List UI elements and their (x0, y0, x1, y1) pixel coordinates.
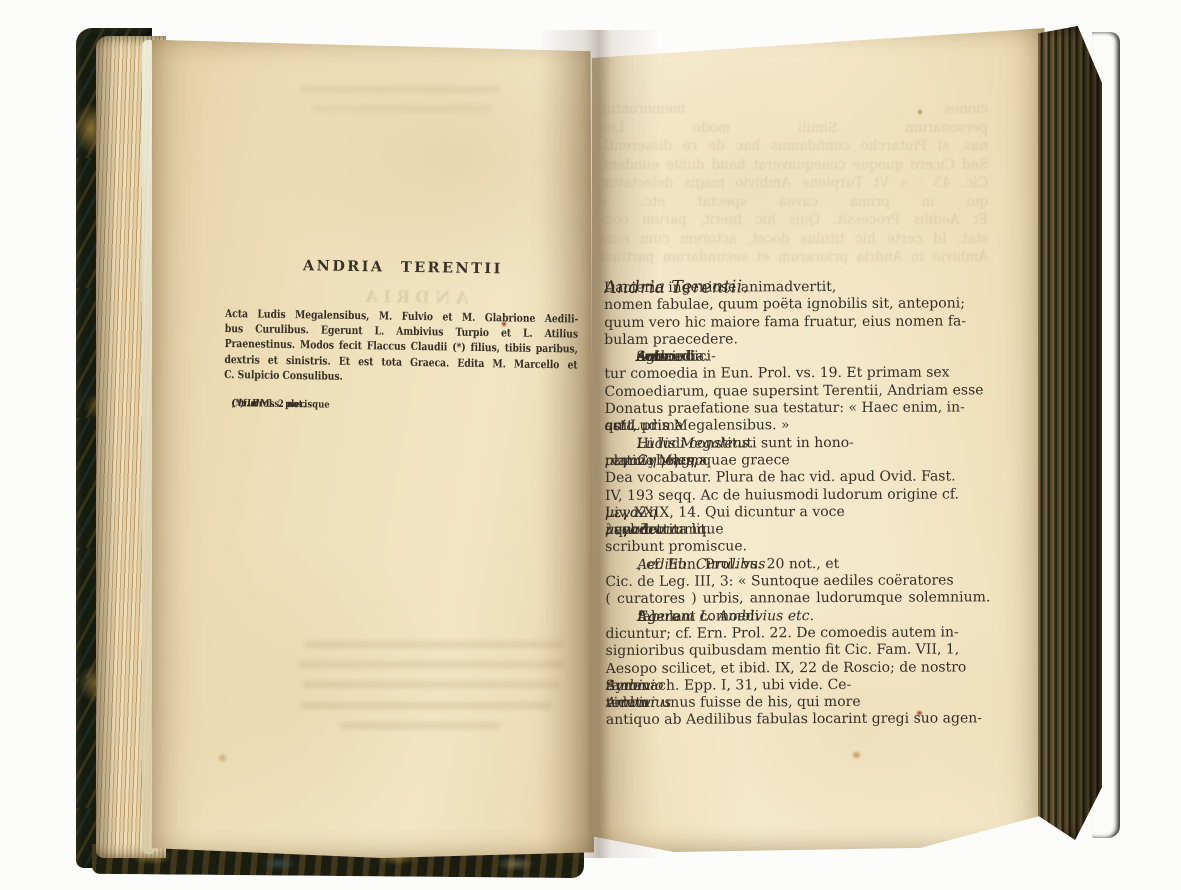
bleedthrough-line: nas, si Plutarcho confidamus hac de re d… (600, 137, 988, 156)
book-cover-board-right (1092, 32, 1120, 838)
text-line: Acta. Subaudi Andria comoedia. Agi autem… (604, 348, 989, 367)
text-segment: , cf. Eun. Prol. vs. 20 not., et (621, 556, 839, 574)
text-segment: , latine Magna (605, 453, 708, 471)
text-line: antiquo ab Aedilibus fabulas locarint gr… (606, 711, 991, 730)
ghost-text-smudge (340, 722, 500, 729)
text-line: Aedilib. Curulibus, cf. Eun. Prol. vs. 2… (605, 555, 990, 574)
text-line: tamen Ambivio Symmach. Epp. I, 31, ubi v… (606, 676, 991, 695)
text-segment: bulam praecedere. (604, 331, 738, 349)
bleedthrough-line: stat. Id certe hic titulus docet, actore… (600, 230, 988, 249)
text-segment: Hi ludi constituti sunt in hono- (621, 435, 854, 453)
text-line: Aesopo scilicet, et ibid. IX, 22 de Rosc… (606, 659, 991, 678)
text-line: Comoediarum, quae supersint Terentii, An… (604, 382, 989, 401)
text-segment: scribunt promiscue. (605, 539, 747, 557)
text-line: tur comoedia in Eun. Prol. vs. 19. Et pr… (604, 365, 989, 384)
text-line: Ludis Megalens. Hi ludi constituti sunt … (605, 434, 990, 453)
text-segment: ( curatores ) urbis, annonae ludorumque … (605, 590, 990, 609)
ghost-text-smudge (302, 681, 560, 688)
text-segment: Dea vocabatur. Plura de hac vid. apud Ov… (605, 469, 956, 488)
text-segment: signioribus quibusdam mentio fit Cic. Fa… (606, 642, 960, 661)
bleedthrough-line: Et Aedilis Processit. Quis hic fuerit, p… (600, 211, 988, 230)
footnote-text: ; cf. Prol. 2 not. (232, 398, 306, 410)
book-photo: ANDRIA TERENTII ANDRIA Acta Ludis Megale… (0, 0, 1181, 890)
text-line: Liv. XXIX, 14. Qui dicuntur a voce μεγαλ… (605, 503, 990, 522)
text-line: signioribus quibusdam mentio fit Cic. Fa… (606, 642, 991, 661)
text-line: ( curatores ) urbis, annonae ludorumque … (605, 590, 990, 609)
text-line: λενσια, vel detrita lit. ν, μεγαλεσια, q… (605, 520, 990, 539)
text-line: scribunt promiscue. (605, 538, 990, 557)
text-line: bulam praecedere. (604, 330, 989, 349)
text-segment: Comoediarum, quae supersint Terentii, An… (604, 382, 983, 401)
bleedthrough-line: Ambivio in Andria priorarum et secundaru… (600, 248, 988, 267)
text-line: quum vero hic maiore fama fruatur, eius … (604, 313, 989, 332)
left-page (152, 34, 594, 858)
ghost-text-smudge (305, 641, 563, 648)
text-segment: nomen fabulae, quum poëta ignobilis sit,… (604, 296, 965, 315)
ghost-text-smudge (300, 702, 552, 709)
text-segment: Cic. de Leg. III, 3: « Suntoque aediles … (605, 573, 953, 592)
text-segment: est Ludis Megalensibus. » (605, 418, 790, 436)
bleedthrough-line: qui in prima cavea spectat etc. » (600, 193, 988, 212)
text-line: Donatus praefatione sua testatur: « Haec… (605, 399, 990, 418)
text-segment: dicuntur; cf. Ern. Prol. 22. De comoedis… (606, 624, 959, 643)
text-segment: antiquo ab Aedilibus fabulas locarint gr… (606, 711, 982, 730)
footnote: (*) In Mss. plerisque Claudi; cf. Prol. … (232, 398, 572, 403)
foxing-spot (918, 110, 922, 114)
bleedthrough-title: ANDRIA (329, 287, 499, 310)
text-segment: Symmach. Epp. I, 31, ubi vide. Ce- (606, 677, 852, 695)
text-line: Andria Terentii. Dacieria ingeniose anim… (604, 278, 989, 297)
left-page-text: ANDRIA TERENTII ANDRIA Acta Ludis Megale… (223, 256, 580, 432)
text-segment: tur comoedia in Eun. Prol. vs. 19. Et pr… (604, 365, 949, 384)
ghost-text-smudge (312, 105, 492, 112)
text-segment: Dacieria ingeniose animadvertit, (604, 279, 836, 297)
text-line: IV, 193 seqq. Ac de huiusmodi ludorum or… (605, 486, 990, 505)
text-segment: μεγα- (605, 505, 644, 522)
text-segment: IV, 193 seqq. Ac de huiusmodi ludorum or… (605, 486, 959, 505)
text-line: nomen fabulae, quum poëta ignobilis sit,… (604, 296, 989, 315)
bleedthrough-line: Sed Cicero quoque coaequaverat haud dubi… (600, 156, 988, 175)
text-line: rem Cybeles, quae graece μεγαλη μητηρ, l… (605, 451, 990, 470)
text-segment: videtur unus fuisse de his, qui more (606, 694, 861, 712)
bleedthrough-line: Cic. 45 : « Vt Turpione Ambivio magis de… (600, 174, 988, 193)
bleedthrough-line: ciones memorantur (600, 100, 988, 119)
text-line: Egerunt L. Ambivius etc. Agere fabulam c… (605, 607, 990, 626)
text-line: Dea vocabatur. Plura de hac vid. apud Ov… (605, 469, 990, 488)
text-segment: quum vero hic maiore fama fruatur, eius … (604, 313, 966, 332)
right-page-commentary: Andria Terentii. Dacieria ingeniose anim… (604, 278, 991, 729)
text-segment: Donatus praefatione sua testatur: « Haec… (605, 400, 965, 419)
text-segment: fabulam comoedi (621, 608, 759, 626)
ghost-text-smudge (300, 86, 500, 93)
text-line: dicuntur; cf. Ern. Prol. 22. De comoedis… (606, 624, 991, 643)
text-segment: autem dici- (620, 349, 716, 367)
foxing-spot (917, 711, 922, 715)
foxing-spot (219, 755, 226, 761)
foxing-spot (502, 322, 506, 326)
bleedthrough-line: personarum Simili modo Lex (600, 119, 988, 138)
ghost-text-smudge (298, 661, 564, 668)
didascalia-paragraph: Acta Ludis Megalensibus, M. Fulvio et M.… (224, 306, 578, 387)
text-line: Cic. de Leg. III, 3: « Suntoque aediles … (605, 572, 990, 591)
text-segment: Aesopo scilicet, et ibid. IX, 22 de Rosc… (606, 659, 967, 678)
text-line: quit, prima acta est Ludis Megalensibus.… (605, 417, 990, 436)
text-line: terum Ambivius videtur unus fuisse de hi… (606, 693, 991, 712)
foxing-spot (853, 752, 860, 758)
right-page-bleedthrough: ciones memoranturpersonarum Simili modo … (600, 100, 988, 267)
text-segment: , quod utrumque (605, 522, 724, 540)
